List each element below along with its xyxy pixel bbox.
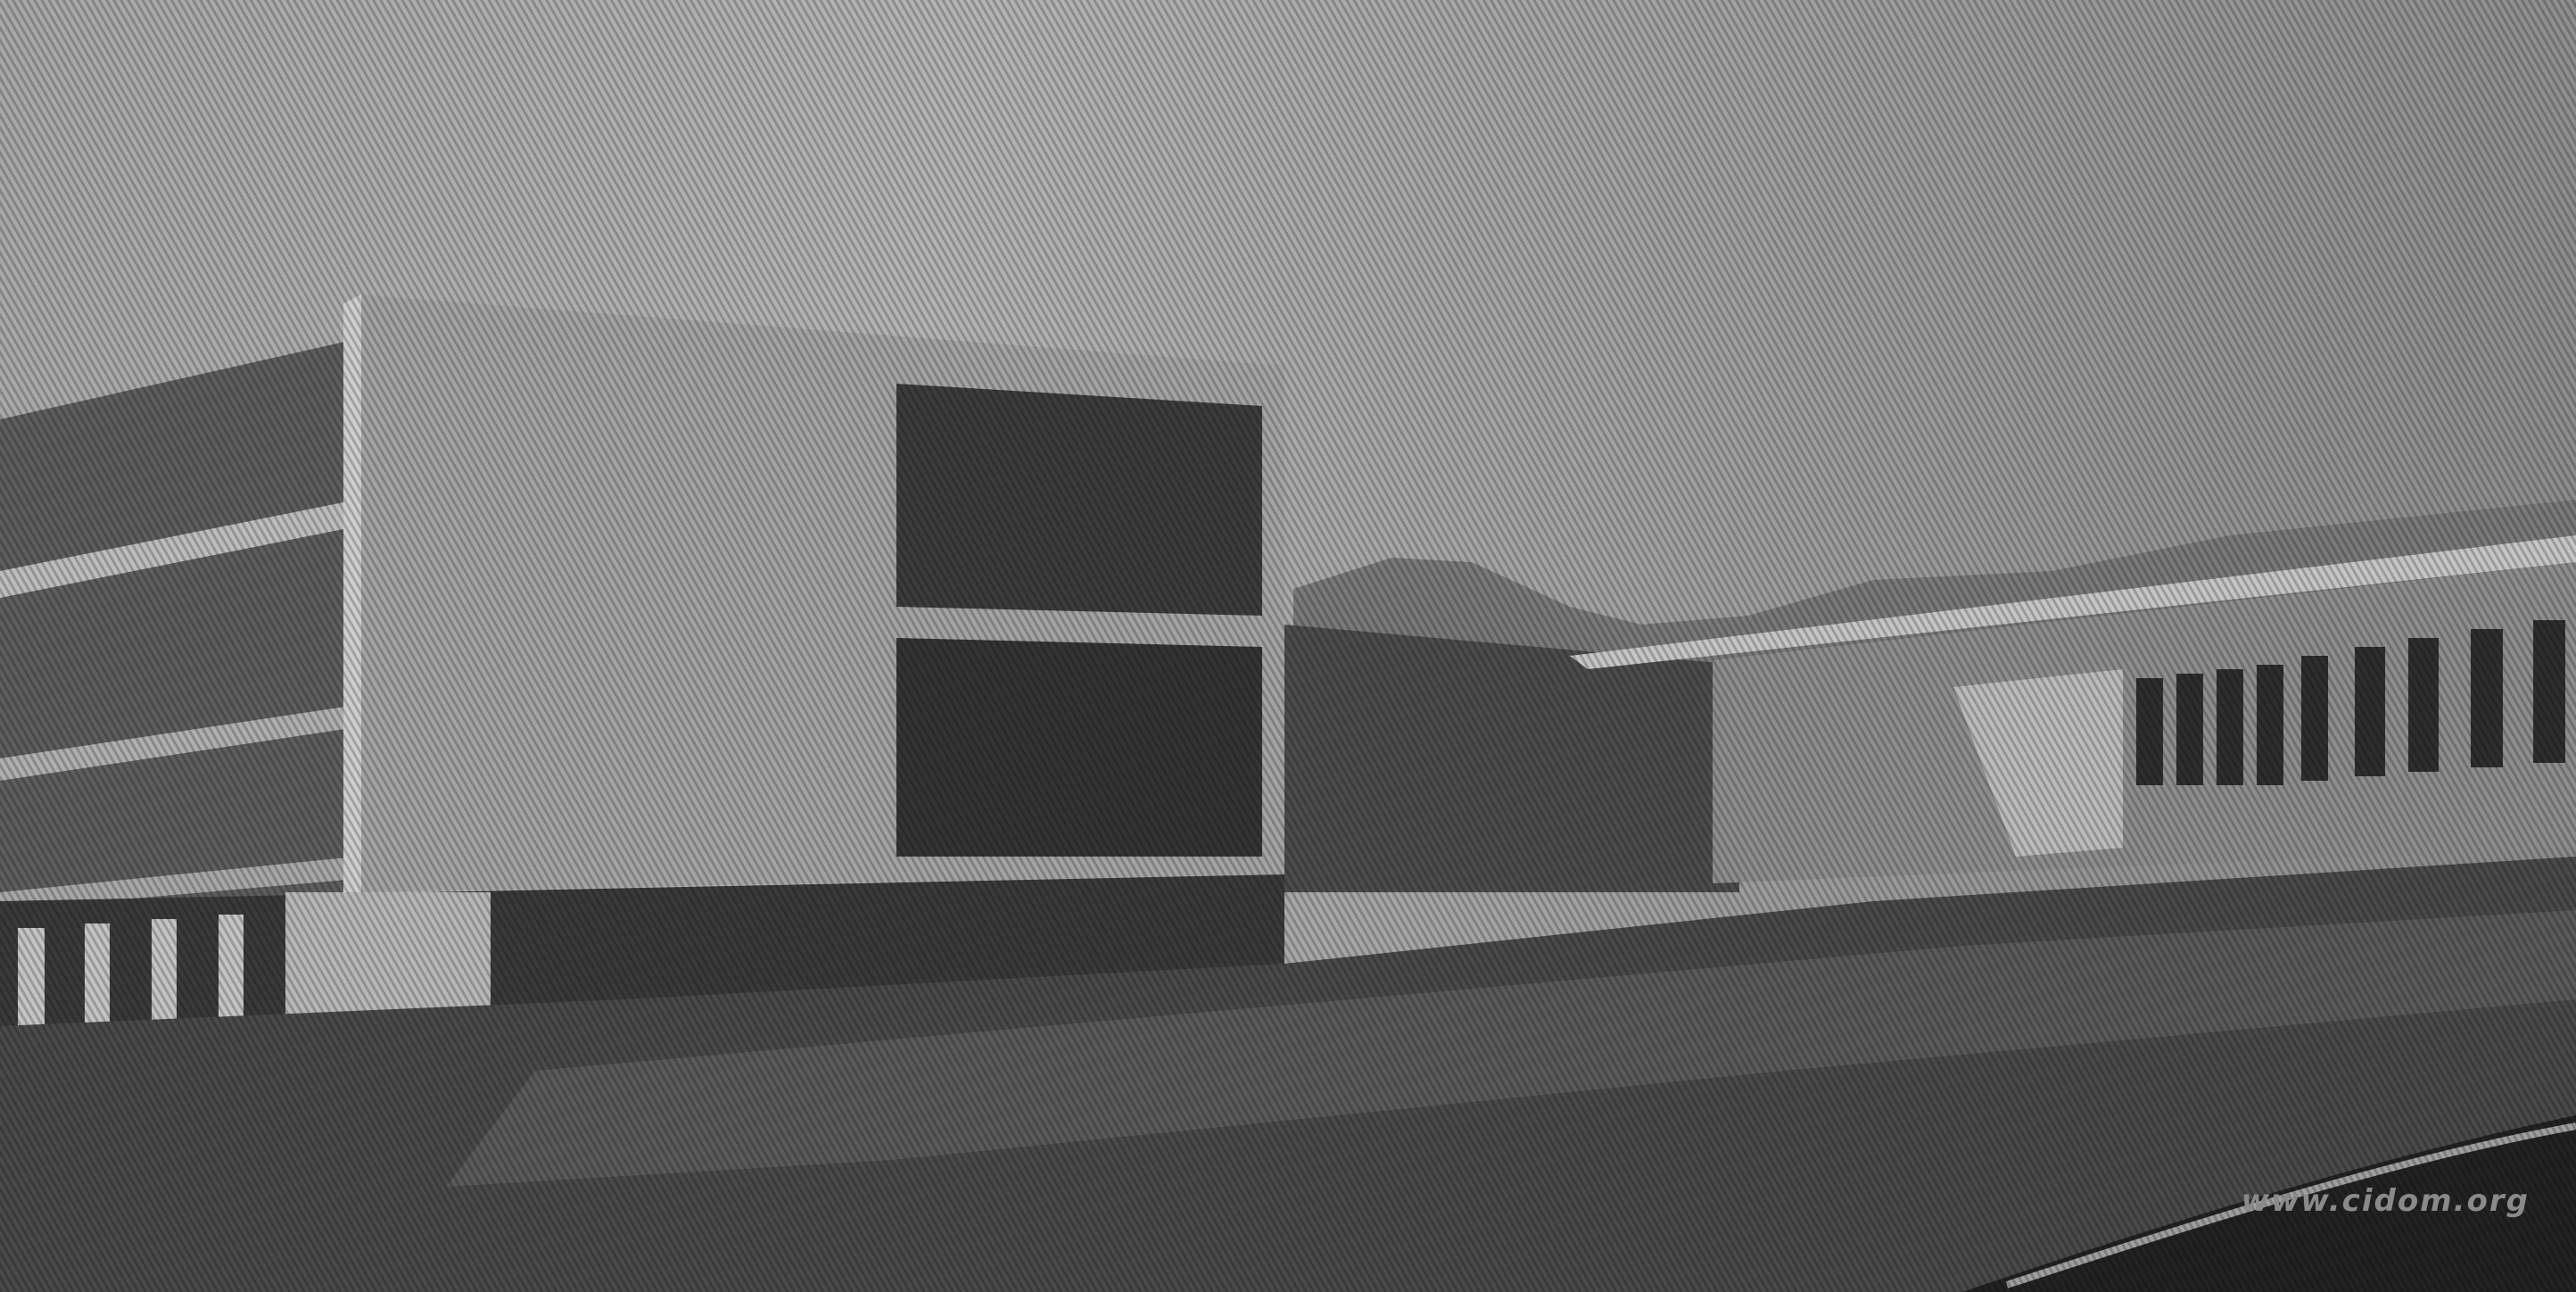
left-wing	[0, 339, 357, 919]
watermark: www.cidom.org	[2242, 1183, 2530, 1219]
connector	[1284, 625, 1739, 892]
building-scene	[0, 0, 2576, 1292]
newspaper-photo: www.cidom.org	[0, 0, 2576, 1292]
window-lower	[896, 638, 1262, 857]
window-upper	[896, 384, 1262, 616]
main-block-edge	[343, 294, 361, 897]
